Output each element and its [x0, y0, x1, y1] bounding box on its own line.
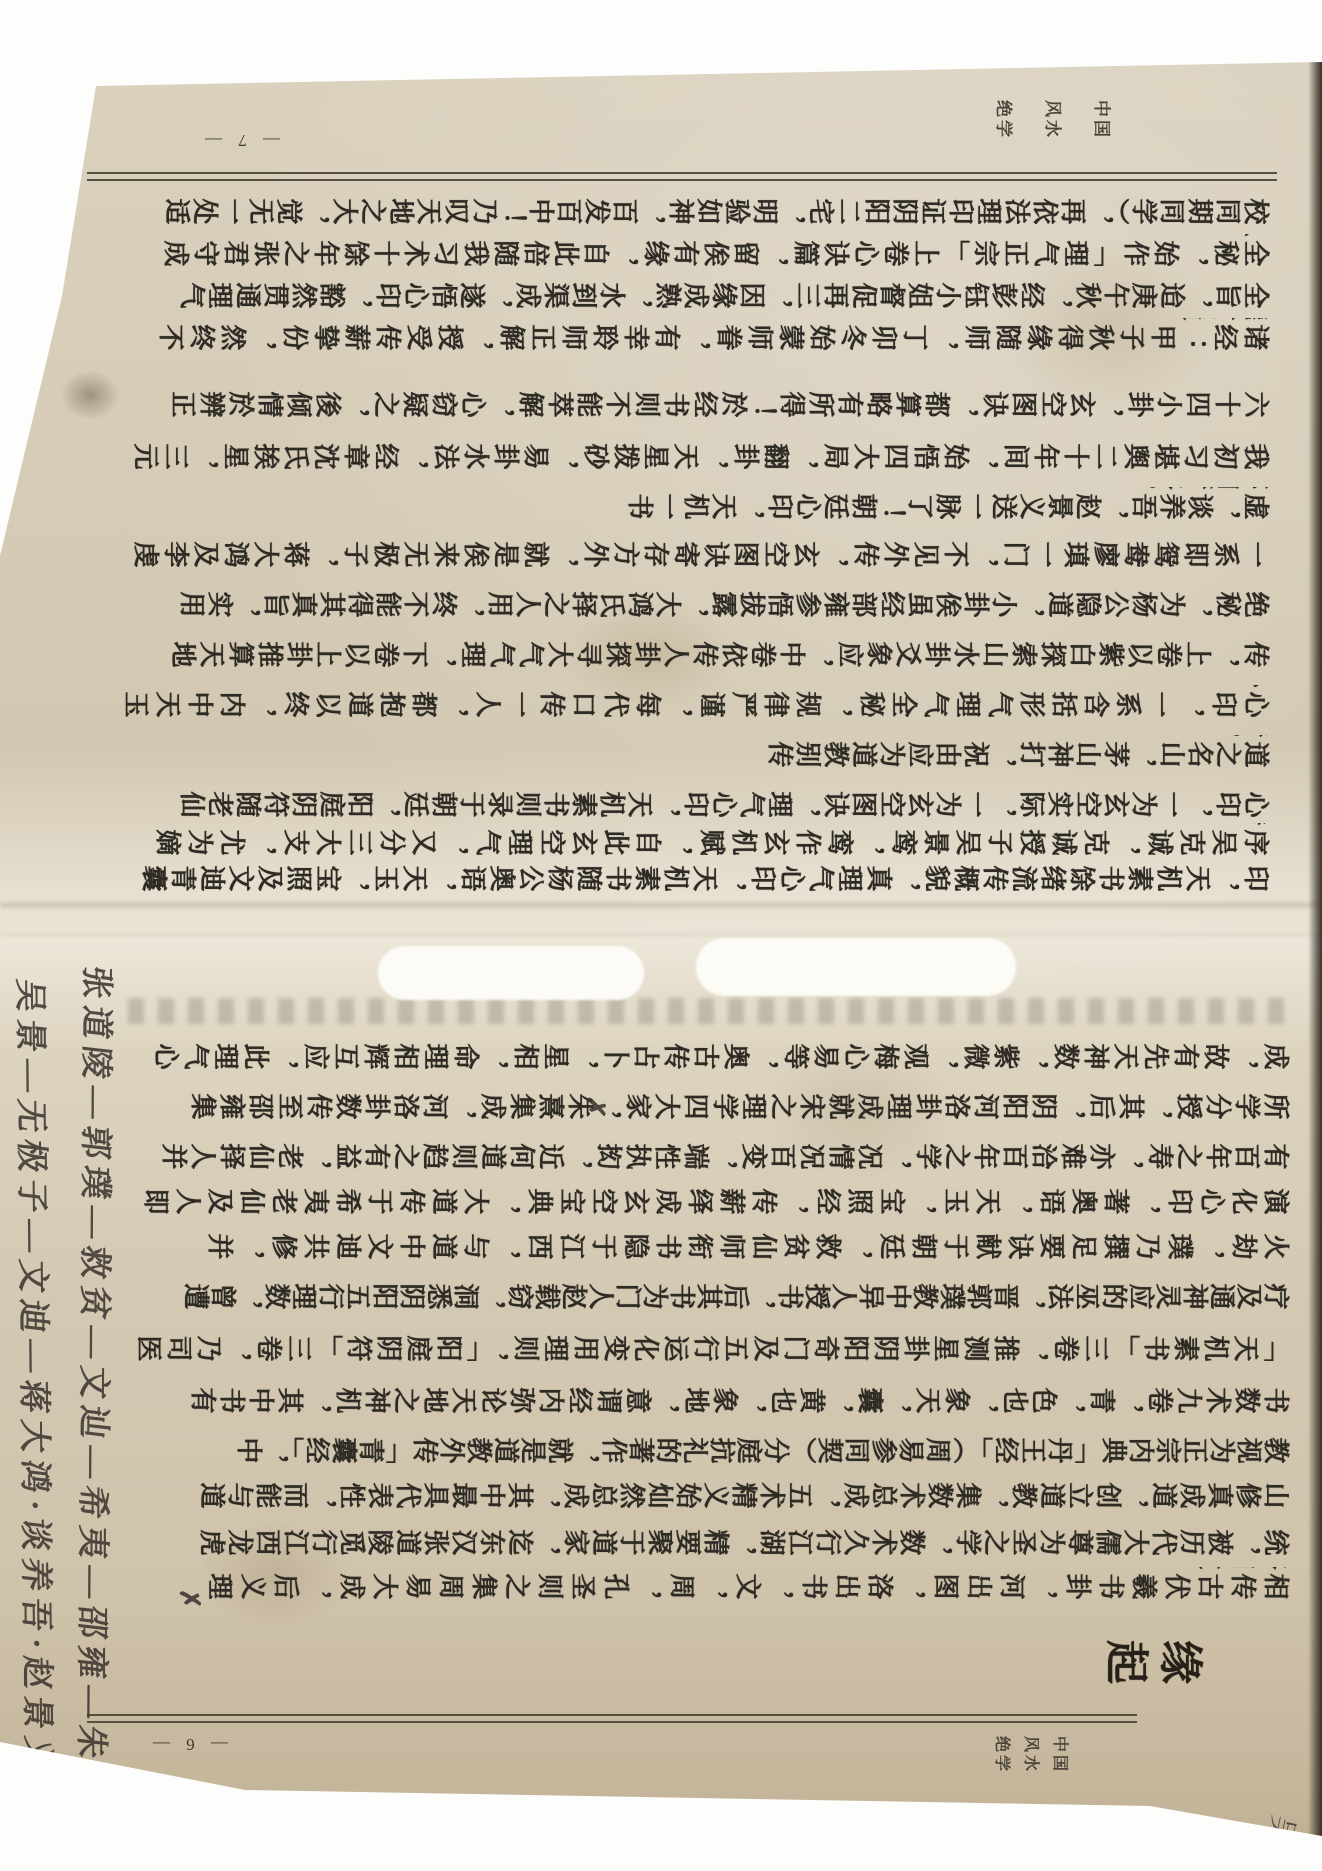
- scanned-book-spread: 中国 风水 绝学 — 7 — 校同期同学），再依法理印证阴阳二宅，明验如神，百发…: [0, 0, 1322, 1871]
- text-run: 校同期同学），再依法理印证阴阳二宅，明验如神，百发百中！乃叹天地之大，觉无一处适: [163, 195, 1270, 224]
- text-column: 演化心印，著奥语，天玉，宝照经，传薪绎成玄空宝典，大道传于希夷老仙及人即: [115, 1182, 1290, 1214]
- emphasized-text: 诸经：: [1177, 321, 1270, 350]
- text-column: 诸经：甲子秋得缘随师，丁卯冬始蒙师眷，有幸聆师正解，授受传薪挚份，然终不能贯通: [140, 318, 1270, 350]
- text-run: 全旨，迨庚午秋，经彭钰小姐督促再三，因缘成熟，水到渠成，遂悟心印，豁然贯通理气: [178, 279, 1270, 308]
- upright-spread: 中国 风水 绝学 — 7 — 校同期同学），再依法理印证阴阳二宅，明验如神，百发…: [0, 0, 1322, 1871]
- text-column: 六十四小卦，玄空图诀，都算略有所得！於经书则不能萃解，心窃疑之，後倾情於辨正: [155, 385, 1270, 417]
- text-column: 印，天机素书馀绪流传概貌，真理气心印，天机素书随杨公奥语，天玉，宝照及文迪青囊: [115, 859, 1270, 891]
- text-run: 成，故有先天神数，紫微，观梅心易等，奥古传占卜，星相，命理相辉互应，此理气心: [150, 1040, 1290, 1069]
- text-run: 我初习堪舆二十年间，始悟四大局，翻卦，天星拨砂，易卦水法，经章沈氏挨星，三元: [130, 440, 1270, 469]
- section-title: 缘起: [1064, 1625, 1204, 1689]
- margin-rule-page7: [87, 172, 1277, 181]
- correction-fluid-streak: [696, 938, 1016, 996]
- text-column: 心印，一为玄空实际，一为玄空图诀，理气心印，天机素书则录于朝廷，阳庭阴符随老仙: [110, 785, 1270, 817]
- text-column: 火劫，璞乃撰足要诀献于朝廷，救贫仙师衔书隐于江西，与道中文迪共修，并: [115, 1227, 1290, 1259]
- text-run: 传，上卷以紫白探索山水卦爻象应，中卷依传人卦探寻大气气理，下卷以: [342, 638, 1270, 667]
- emphasized-text: 倾情於辨正: [168, 388, 313, 417]
- running-head-line: 风水: [1016, 1736, 1045, 1774]
- text-run: 全秘，始作「理气正宗」上卷心诀篇，留俟有缘，自此倍随我习术十馀年之张君守成（: [160, 234, 1270, 266]
- page-number-6: — 6 —: [108, 1734, 228, 1754]
- text-run: 演化心印，著奥语，天玉，宝照经，传薪绎成玄空宝典，大道传于希夷老仙及人即: [138, 1185, 1290, 1214]
- running-head-line: 风水: [1028, 100, 1077, 140]
- text-run: ，迄东汉张道陵觅行江西龙虎: [198, 1526, 562, 1555]
- running-head-page6: 中国 风水 绝学: [987, 1736, 1074, 1774]
- text-column: 序吴克诚，克诚授子吴景鸾，鸾作玄机赋，自此玄空理气，又分三大支，尤为嫡传: [120, 823, 1270, 855]
- running-head-line: 绝学: [979, 100, 1028, 140]
- text-column: 「天机素书」三卷，推测星卦阴阳奇门及五行运化变用理则，「阳庭阴符」三卷，乃司医: [120, 1329, 1290, 1361]
- text-run: 火劫，璞乃撰足要诀献于朝廷，救贫仙师衔书隐于江西，与道中文迪共修，并: [202, 1230, 1290, 1259]
- handwritten-x-mark: ✗: [579, 1094, 612, 1120]
- text-column: 虚，谈养吾，赵景义送一脉了！朝廷心印，天机一书不知所终。: [610, 487, 1270, 519]
- text-run: 相传古伏羲书卦，河出图，洛出书，文，周，孔圣则之集周易大成，后义理终归道: [201, 1567, 1290, 1599]
- text-run: 有百年之寿，亦难洽百年之学，况情况百变，端性执抝，近何道则趋之有益，老仙择人并: [159, 1140, 1290, 1169]
- text-column: 一系即鸳鸯廖瑱一门，不见外传，玄空图诀寄存方外，就是俟来无极子，蒋大鸿及李虔: [130, 535, 1270, 567]
- text-run: 统，被历代大儒尊为圣之学，数术久行江湖，: [730, 1526, 1290, 1555]
- page-number-7: — 7 —: [160, 130, 280, 150]
- paper-sheet: 中国 风水 绝学 — 7 — 校同期同学），再依法理印证阴阳二宅，明验如神，百发…: [0, 0, 1322, 1871]
- text-column: 绝秘，为杨公隐道，小卦俟虽经部雍参悟拔露，大鸿氏择之人用，终不能得其真旨，实用: [110, 585, 1270, 617]
- text-column: 道之名山，茅山神打，祝由应为道教别传考。: [750, 735, 1270, 767]
- text-run: 心印，一为玄空实际，一为玄空图诀，理气心印，天机素书则录于朝廷，阳庭阴符随老仙: [178, 788, 1270, 817]
- text-column: 全秘，始作「理气正宗」上卷心诀篇，留俟有缘，自此倍随我习术十馀年之张君守成（: [155, 234, 1270, 266]
- text-column: 心印，一系含括形气理气全秘，规律严谨，每代口传一人，都抱道以终，内中天玉外: [110, 685, 1270, 717]
- text-run: 虚，谈养吾，赵景义送一脉了！朝廷心印，天机一书不知所终。: [626, 487, 1270, 519]
- text-run: 绝秘，为杨公隐道，小卦俟虽经部雍参悟拔露，大鸿氏择之人用，终不能得其真旨，实用: [178, 588, 1270, 617]
- emphasized-text: 上卦推算天地: [168, 638, 342, 667]
- text-run: 「天机素书」三卷，推测星卦阴阳奇门及五行运化变用理则，「阳庭阴符」三卷，乃司医: [133, 1332, 1290, 1361]
- text-run: 书数术九卷，青，色也，象天，囊，黄也，象地，意谓经内弥论天地之神机，其中书有: [188, 1384, 1290, 1413]
- text-run: 六十四小卦，玄空图诀，都算略有所得！於经书则不能萃解，心窃疑之，後: [313, 388, 1270, 417]
- faint-bleedthrough-row: [114, 998, 1284, 1024]
- handwritten-lineage-line2: 吴景—无极子—文迪—蒋大鸿·谈养吾·赵景义: [9, 977, 64, 1779]
- text-column: 相传古伏羲书卦，河出图，洛出书，文，周，孔圣则之集周易大成，后义理终归道: [200, 1567, 1290, 1599]
- emphasized-text: 精要聚于道家: [562, 1526, 730, 1555]
- handwritten-x-mark: ✗: [173, 1586, 205, 1611]
- text-column: 山修真成道，创立道教，集数术总成，五术精义始灿然总成，其中最具代表性，而能与道: [130, 1476, 1290, 1508]
- handwritten-corner-mark: 吴: [1259, 1812, 1308, 1850]
- correction-fluid-streak: [378, 946, 644, 1000]
- text-column: 我初习堪舆二十年间，始悟四大局，翻卦，天星拨砂，易卦水法，经章沈氏挨星，三元: [115, 437, 1270, 469]
- handwritten-lineage-line1: 张道陵—郭璞—救贫—文辿—希夷—邵雍—朱熹: [70, 964, 123, 1809]
- text-run: 山修真成道，创立道教，集数术总成，五术精义始灿然总成，其中最具代表性，而能与道: [198, 1479, 1290, 1508]
- text-column: 所学分授，其后，阴阳河洛卦理成就宋之理学四大家，朱熹集成，河洛卦数传至邵雍集: [115, 1087, 1290, 1119]
- text-column: 传，上卷以紫白探索山水卦爻象应，中卷依传人卦探寻大气气理，下卷以上卦推算天地: [120, 635, 1270, 667]
- text-run: 印，天机素书馀绪流传概貌，真理气心印，天机素书随杨公奥语，天玉，宝照及文迪青囊: [139, 862, 1270, 891]
- text-column: 有百年之寿，亦难洽百年之学，况情况百变，端性执抝，近何道则趋之有益，老仙择人并: [115, 1137, 1290, 1169]
- text-run: 甲子秋得缘随师，丁卯冬始蒙师眷，有幸聆师正解，授受传薪挚份，然终不能贯通: [154, 318, 1270, 350]
- text-column: 书数术九卷，青，色也，象天，囊，黄也，象地，意谓经内弥论天地之神机，其中书有: [125, 1381, 1290, 1413]
- running-head-line: 中国: [1077, 100, 1126, 140]
- running-head-line: 绝学: [987, 1736, 1016, 1774]
- text-column: 校同期同学），再依法理印证阴阳二宅，明验如神，百发百中！乃叹天地之大，觉无一处适: [115, 192, 1270, 224]
- text-run: 教视为正宗内典「丹王经」（周易参同契）分庭抗礼的著作，就是道教外传「青囊经」，中: [236, 1434, 1290, 1463]
- text-run: 所学分授，其后，阴阳河洛卦理成就宋之理学四大家，朱熹集成，河洛卦数传至邵雍集: [188, 1090, 1290, 1119]
- text-column: 疗及通神灵应的巫法，晋郭璞教中异人授书，后其书为门人赵载窃，洞悉阴阳五行理数，曾…: [115, 1277, 1290, 1309]
- text-column: 成，故有先天神数，紫微，观梅心易等，奥古传占卜，星相，命理相辉互应，此理气心: [115, 1037, 1290, 1069]
- text-run: 道之名山，茅山神打，祝由应为道教别传考。: [766, 735, 1270, 767]
- scan-edge-shadow: [1308, 0, 1322, 1871]
- text-column: 统，被历代大儒尊为圣之学，数术久行江湖，精要聚于道家，迄东汉张道陵觅行江西龙虎: [135, 1523, 1290, 1555]
- text-run: 心印，一系含括形气理气全秘，规律严谨，每代口传一人，都抱道以终，内中天玉外: [118, 685, 1270, 717]
- text-run: 疗及通神灵应的巫法，晋郭璞教中异人授书，后其书为门人赵载窃，洞悉阴阳五行理数，曾…: [183, 1280, 1290, 1309]
- text-run: 一系即鸳鸯廖瑱一门，不见外传，玄空图诀寄存方外，就是俟来无极子，蒋大鸿及李虔: [130, 538, 1270, 567]
- text-column: 教视为正宗内典「丹王经」（周易参同契）分庭抗礼的著作，就是道教外传「青囊经」，中: [130, 1431, 1290, 1463]
- margin-rule-page6: [87, 1714, 1137, 1723]
- text-column: 全旨，迨庚午秋，经彭钰小姐督促再三，因缘成熟，水到渠成，遂悟心印，豁然贯通理气: [130, 276, 1270, 308]
- text-run: 序吴克诚，克诚授子吴景鸾，鸾作玄机赋，自此玄空理气，又分三大支，尤为嫡传: [150, 823, 1270, 855]
- running-head-page7: 中国 风水 绝学: [979, 100, 1126, 140]
- running-head-line: 中国: [1045, 1736, 1074, 1774]
